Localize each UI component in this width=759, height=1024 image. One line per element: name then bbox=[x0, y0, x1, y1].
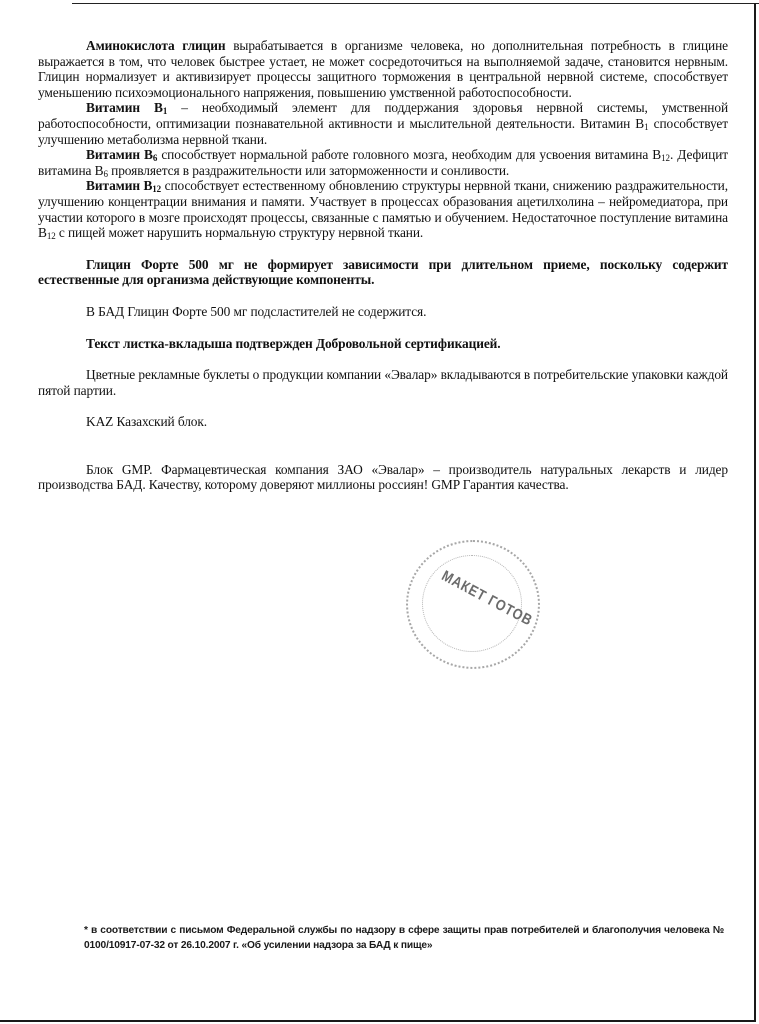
document-body: Аминокислота глицин вырабатывается в орг… bbox=[38, 38, 728, 493]
paragraph-no-dependence: Глицин Форте 500 мг не формирует зависим… bbox=[38, 257, 728, 288]
approval-stamp: МАКЕТ ГОТОВ bbox=[406, 540, 540, 669]
paragraph-text: способствует нормальной работе головного… bbox=[157, 147, 661, 162]
bold-statement: Текст листка-вкладыша подтвержден Добров… bbox=[86, 336, 501, 351]
paragraph-lead: Аминокислота глицин bbox=[86, 38, 225, 53]
paragraph-certification: Текст листка-вкладыша подтвержден Добров… bbox=[38, 336, 728, 352]
paragraph-gmp-block: Блок GMP. Фармацевтическая компания ЗАО … bbox=[38, 462, 728, 493]
subscript: 12 bbox=[152, 184, 161, 194]
paragraph-vitamin-b6: Витамин B6 способствует нормальной работ… bbox=[38, 147, 728, 178]
page-border-top bbox=[72, 3, 759, 4]
subscript: 12 bbox=[661, 153, 670, 163]
paragraph-no-sweeteners: В БАД Глицин Форте 500 мг подсластителей… bbox=[38, 304, 728, 320]
paragraph-lead: Витамин B6 bbox=[86, 147, 157, 162]
paragraph-lead: Витамин B12 bbox=[86, 178, 161, 193]
footnote: * в соответствии с письмом Федеральной с… bbox=[84, 924, 724, 953]
paragraph-vitamin-b1: Витамин B1 – необходимый элемент для под… bbox=[38, 100, 728, 147]
subscript: 12 bbox=[47, 231, 56, 241]
paragraph-vitamin-b12: Витамин B12 способствует естественному о… bbox=[38, 178, 728, 240]
paragraph-text: проявляется в раздражительности или зато… bbox=[108, 163, 509, 178]
paragraph-glycine: Аминокислота глицин вырабатывается в орг… bbox=[38, 38, 728, 100]
page-border-right bbox=[754, 3, 756, 1022]
paragraph-booklets: Цветные рекламные буклеты о продукции ко… bbox=[38, 367, 728, 398]
paragraph-kaz-block: KAZ Казахский блок. bbox=[38, 414, 728, 430]
bold-statement: Глицин Форте 500 мг не формирует зависим… bbox=[38, 257, 728, 288]
paragraph-text: с пищей может нарушить нормальную структ… bbox=[56, 225, 424, 240]
lead-text: Витамин B bbox=[86, 147, 153, 162]
lead-text: Витамин B bbox=[86, 178, 152, 193]
page-border-bottom bbox=[0, 1020, 756, 1022]
paragraph-lead: Витамин B1 bbox=[86, 100, 167, 115]
lead-text: Витамин B bbox=[86, 100, 163, 115]
